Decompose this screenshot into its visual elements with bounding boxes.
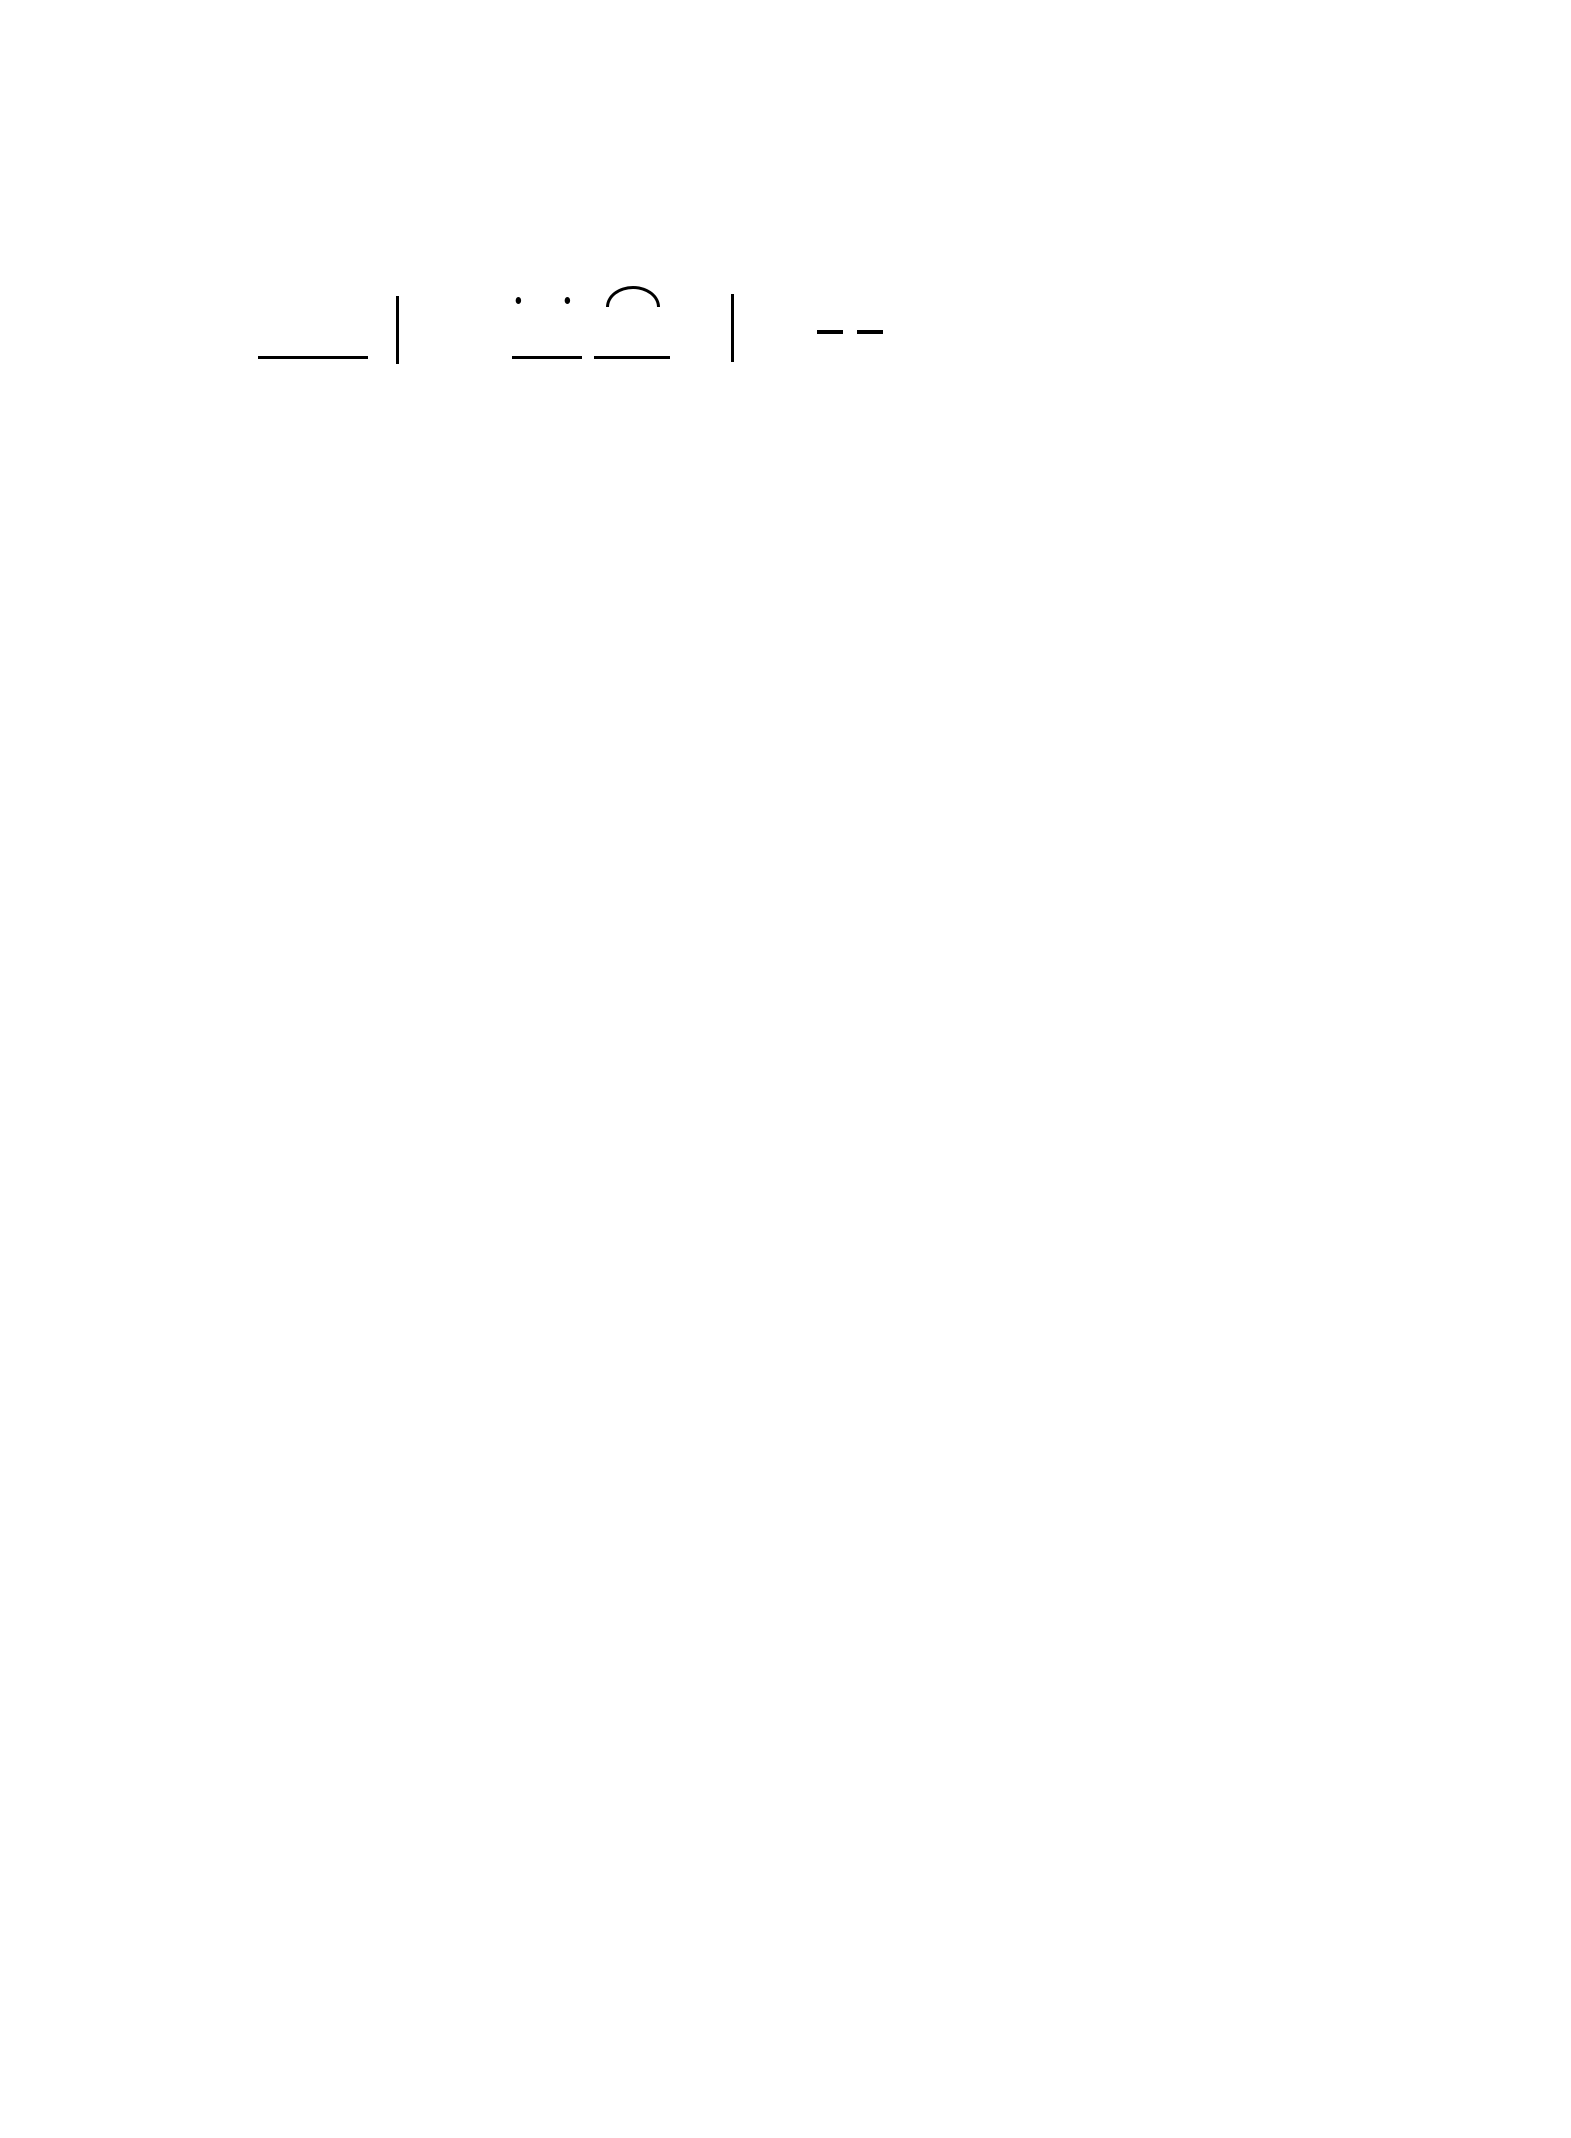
beam [594, 356, 670, 359]
beam [512, 356, 582, 359]
slur [606, 286, 660, 307]
dash [817, 330, 843, 334]
dash [857, 330, 883, 334]
beam [258, 356, 368, 359]
barline [731, 294, 734, 362]
barline [396, 296, 399, 364]
